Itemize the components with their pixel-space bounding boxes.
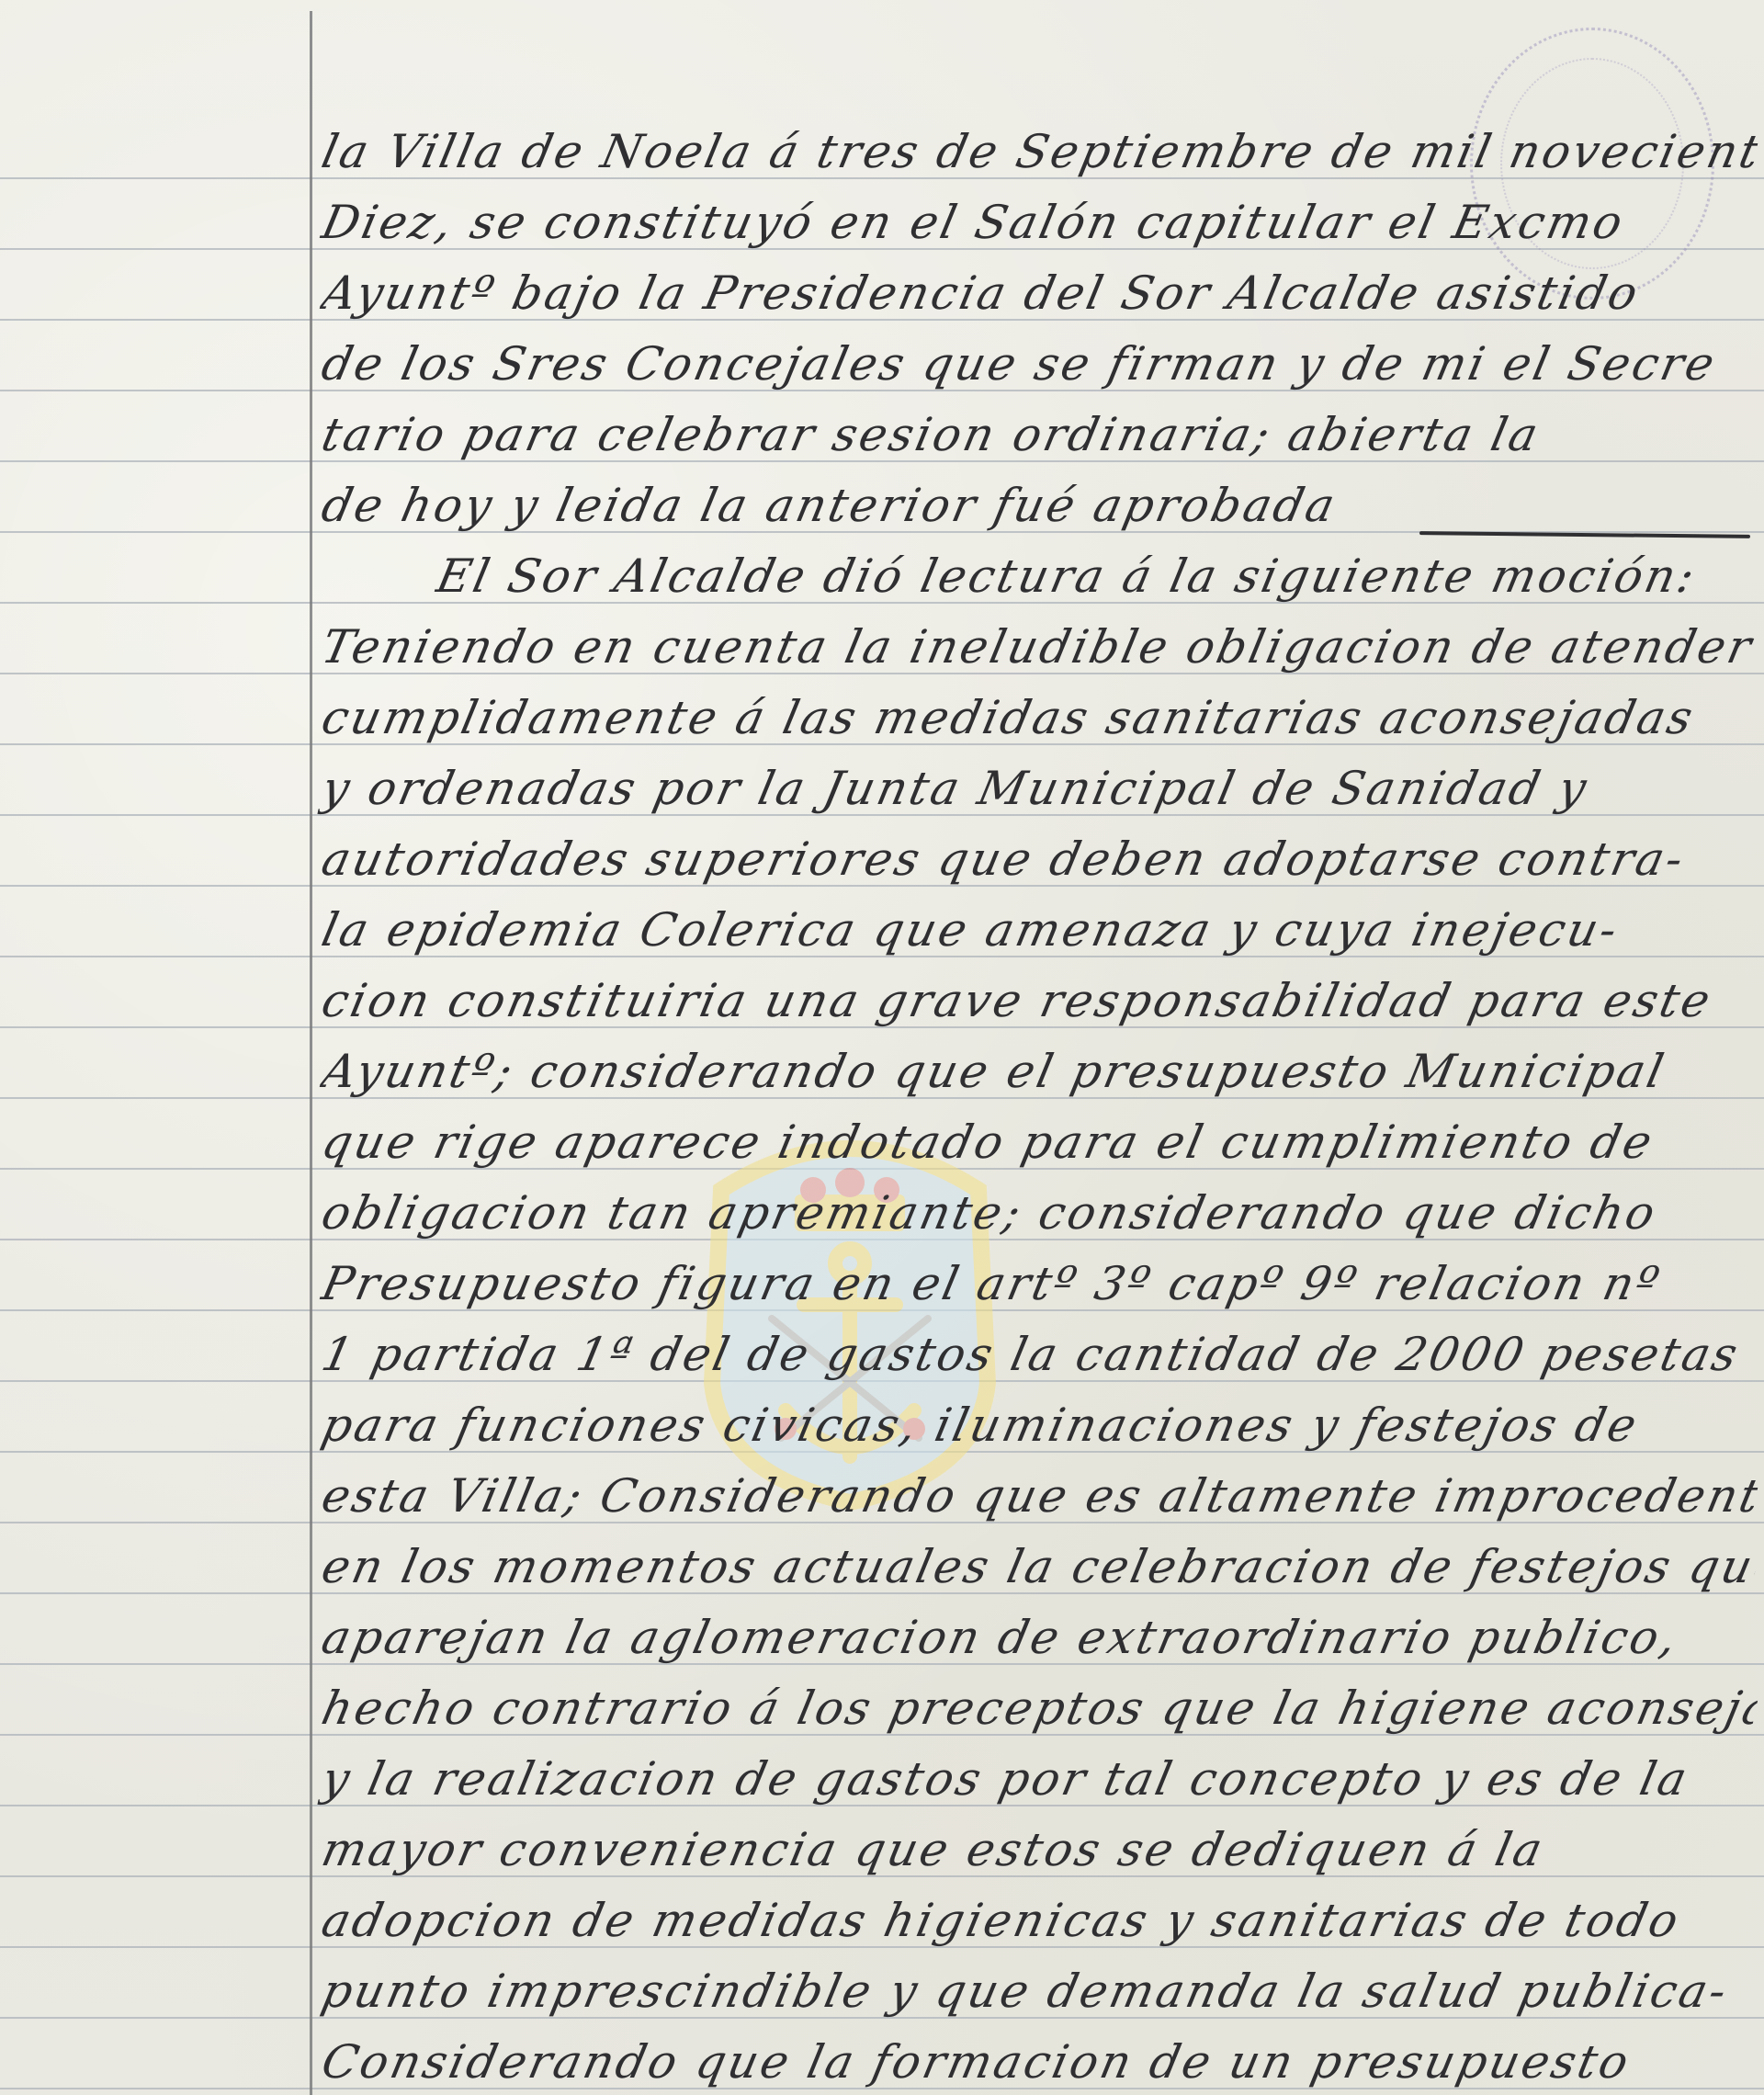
text-line: la Villa de Noela á tres de Septiembre d…: [317, 124, 1762, 179]
text-line: Considerando que la formacion de un pres…: [317, 2034, 1762, 2089]
text-line: cumplidamente á las medidas sanitarias a…: [317, 690, 1762, 745]
text-line: Diez, se constituyó en el Salón capitula…: [317, 195, 1762, 250]
text-line: aparejan la aglomeracion de extraordinar…: [317, 1610, 1762, 1665]
text-line: de los Sres Concejales que se firman y d…: [317, 336, 1762, 391]
text-line: Teniendo en cuenta la ineludible obligac…: [317, 619, 1762, 674]
text-line: autoridades superiores que deben adoptar…: [317, 832, 1762, 887]
text-line: 1 partida 1ª del de gastos la cantidad d…: [317, 1327, 1762, 1382]
text-line: punto imprescindible y que demanda la sa…: [317, 1964, 1762, 2019]
text-line: y ordenadas por la Junta Municipal de Sa…: [317, 761, 1762, 816]
text-line: y la realizacion de gastos por tal conce…: [317, 1751, 1762, 1806]
text-line: adopcion de medidas higienicas y sanitar…: [317, 1893, 1762, 1948]
text-line: para funciones civicas, iluminaciones y …: [317, 1398, 1762, 1453]
text-line: Presupuesto figura en el artº 3º capº 9º…: [317, 1256, 1762, 1311]
text-line: en los momentos actuales la celebracion …: [317, 1539, 1762, 1594]
text-line: mayor conveniencia que estos se dediquen…: [317, 1822, 1762, 1877]
text-line: de hoy y leida la anterior fué aprobada: [317, 478, 1762, 533]
text-line: tario para celebrar sesion ordinaria; ab…: [317, 407, 1762, 462]
text-line: Ayuntº bajo la Presidencia del Sor Alcal…: [317, 266, 1762, 321]
text-line: El Sor Alcalde dió lectura á la siguient…: [432, 549, 1762, 604]
text-line: hecho contrario á los preceptos que la h…: [317, 1681, 1762, 1736]
text-line: esta Villa; Considerando que es altament…: [317, 1468, 1762, 1523]
text-line: la epidemia Colerica que amenaza y cuya …: [317, 902, 1762, 957]
text-line: obligacion tan apremiante; considerando …: [317, 1185, 1762, 1240]
margin-line: [310, 11, 312, 2095]
text-line: Ayuntº; considerando que el presupuesto …: [317, 1044, 1762, 1099]
text-line: cion constituiria una grave responsabili…: [317, 973, 1762, 1028]
text-line: que rige aparece indotado para el cumpli…: [317, 1115, 1762, 1170]
